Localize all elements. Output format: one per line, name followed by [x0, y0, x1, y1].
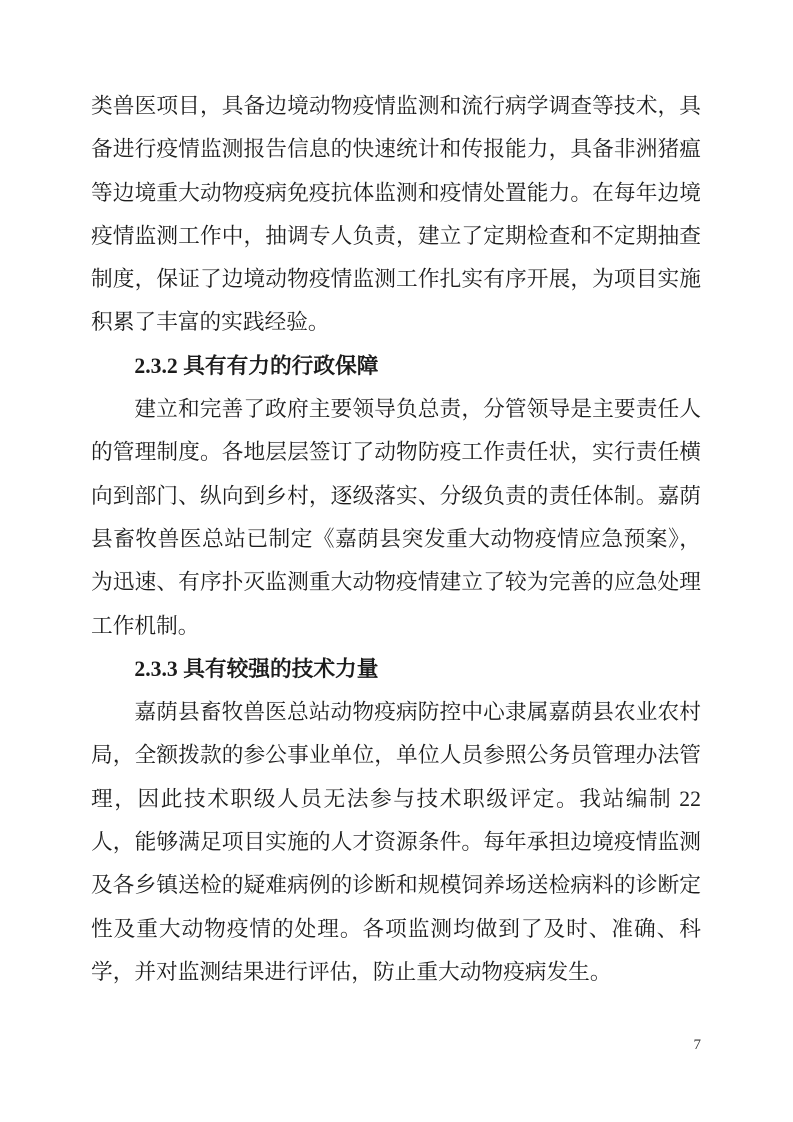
body-paragraph-administrative-support: 建立和完善了政府主要领导负总责，分管领导是主要责任人的管理制度。各地层层签订了动…	[91, 388, 701, 648]
document-page: 类兽医项目，具备边境动物疫情监测和流行病学调查等技术，具备进行疫情监测报告信息的…	[0, 0, 793, 1122]
body-paragraph-technical-strength: 嘉荫县畜牧兽医总站动物疫病防控中心隶属嘉荫县农业农村局，全额拨款的参公事业单位，…	[91, 691, 701, 994]
section-heading-2-3-3: 2.3.3 具有较强的技术力量	[91, 648, 701, 691]
section-heading-2-3-2: 2.3.2 具有有力的行政保障	[91, 345, 701, 388]
body-paragraph-continuation: 类兽医项目，具备边境动物疫情监测和流行病学调查等技术，具备进行疫情监测报告信息的…	[91, 85, 701, 345]
document-text-block: 类兽医项目，具备边境动物疫情监测和流行病学调查等技术，具备进行疫情监测报告信息的…	[91, 85, 701, 994]
page-number: 7	[91, 1036, 701, 1054]
